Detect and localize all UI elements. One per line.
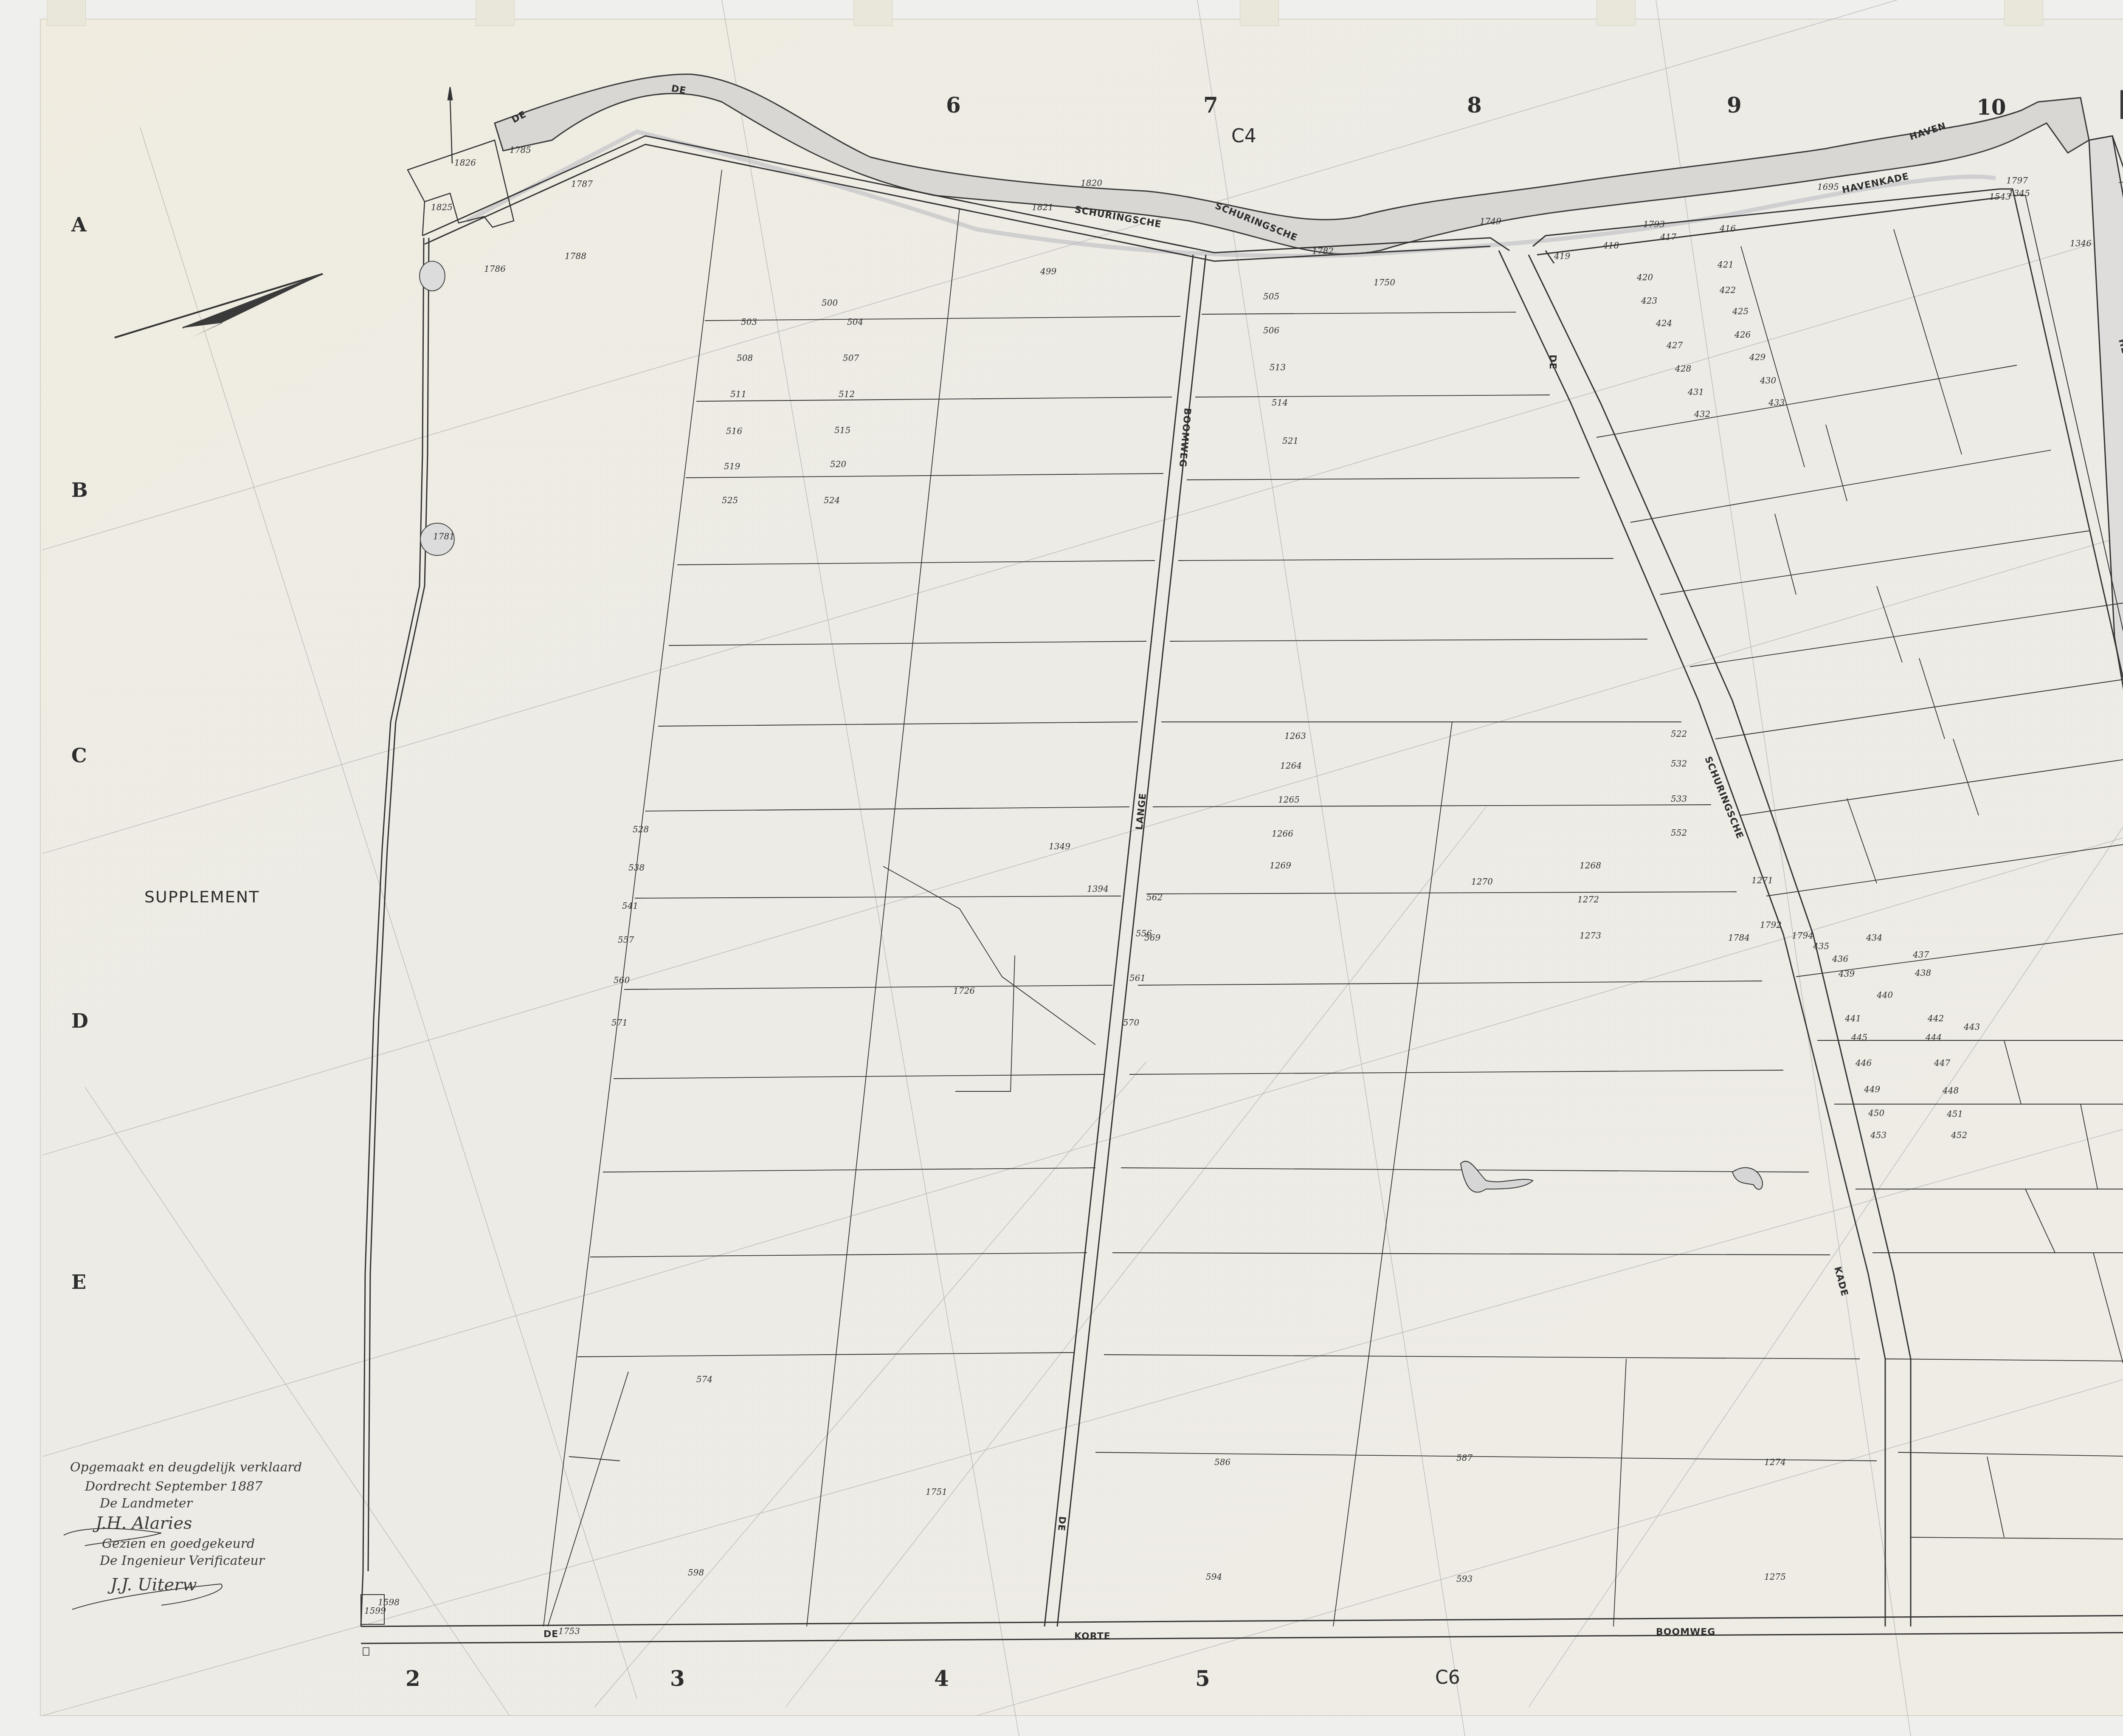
street-label: BOOMWEG [1656, 1627, 1715, 1637]
parcel-number: 1787 [571, 179, 593, 189]
grid-row-B: B [71, 479, 88, 502]
parcel-number: 450 [1868, 1108, 1884, 1118]
parcel-number: 586 [1214, 1457, 1230, 1467]
parcel-number: 446 [1855, 1058, 1872, 1068]
map-drawing: 6 7 8 9 10 2 3 4 5 A B C D E F G H I C4 … [0, 0, 2123, 1736]
parcel-number: 570 [1123, 1017, 1139, 1028]
surveyor-title: De Landmeter [99, 1496, 193, 1511]
parcel-number: 452 [1951, 1130, 1967, 1140]
parcel-number: 451 [1946, 1109, 1963, 1119]
parcel-number: 422 [1719, 285, 1736, 295]
parcel-number: 522 [1671, 729, 1687, 739]
parcel-number: 1826 [454, 158, 476, 168]
parcel-number: 513 [1270, 362, 1286, 372]
parcel-number: 561 [1129, 973, 1146, 983]
parcel-number: 557 [618, 935, 634, 945]
parcel-number: 442 [1927, 1013, 1944, 1023]
parcel-number: 594 [1206, 1572, 1222, 1582]
supplement-label[interactable]: SUPPLEMENT [144, 888, 259, 906]
verifier-signature: J.J. Uiterw [107, 1575, 197, 1595]
parcel-number: 439 [1838, 969, 1855, 979]
parcel-number: 417 [1660, 232, 1676, 242]
grid-row-E: E [71, 1271, 86, 1294]
parcel-number: 432 [1694, 409, 1710, 419]
parcel-number: 429 [1749, 352, 1765, 362]
parcel-number: 435 [1813, 941, 1829, 951]
parcel-number: 1751 [926, 1487, 947, 1497]
parcel-number: 1821 [1032, 202, 1053, 212]
parcel-number: 504 [847, 317, 863, 327]
parcel-number: 552 [1671, 828, 1687, 838]
street-label: DE [1547, 355, 1558, 369]
parcel-number: 449 [1864, 1084, 1880, 1094]
parcel-number: 514 [1272, 397, 1288, 408]
parcel-number: 425 [1732, 306, 1749, 316]
grid-row-A: A [71, 213, 87, 236]
parcel-number: 1346 [2070, 238, 2092, 248]
parcel-number: 541 [622, 901, 638, 911]
parcel-number: 1394 [1087, 884, 1109, 894]
grid-col-2: 2 [405, 1666, 420, 1691]
grid-col-8: 8 [1467, 93, 1482, 118]
street-label: DE [1056, 1516, 1067, 1531]
parcel-number: 525 [722, 495, 738, 505]
parcel-number: 524 [824, 495, 840, 505]
grid-col-9: 9 [1727, 93, 1742, 118]
parcel-number: 571 [611, 1017, 628, 1028]
parcel-number: 1786 [484, 264, 506, 274]
hanging-tab [476, 0, 515, 26]
parcel-number: 505 [1263, 291, 1279, 302]
parcel-number: 520 [830, 459, 846, 469]
parcel-number: 1268 [1580, 860, 1601, 871]
parcel-number: 1794 [1792, 930, 1813, 941]
parcel-number: 500 [822, 298, 838, 308]
grid-col-6: 6 [946, 93, 961, 118]
parcel-number: 538 [628, 862, 645, 873]
parcel-number: 419 [1554, 251, 1570, 261]
parcel-number: 1782 [1312, 246, 1334, 256]
parcel-number: 440 [1876, 990, 1893, 1000]
parcel-number: 1274 [1764, 1457, 1786, 1467]
parcel-number: 427 [1666, 340, 1683, 350]
parcel-number: 1275 [1764, 1572, 1786, 1582]
parcel-number: 519 [724, 461, 740, 471]
parcel-number: 426 [1734, 330, 1751, 340]
parcel-number: 437 [1912, 950, 1929, 960]
parcel-number: 574 [696, 1374, 712, 1384]
grid-col-4: 4 [934, 1666, 949, 1691]
parcel-number: 1695 [1817, 182, 1839, 192]
map-title: NUMANSDORP C5 [2117, 83, 2123, 128]
parcel-number: 507 [843, 353, 859, 363]
parcel-number: 1785 [510, 145, 531, 155]
parcel-number: 1753 [558, 1626, 580, 1636]
parcel-number: 1792 [1760, 920, 1782, 930]
parcel-number: 428 [1675, 364, 1691, 374]
parcel-number: 1543 [1989, 192, 2011, 202]
parcel-number: 499 [1040, 266, 1056, 276]
verifier-title: De Ingenieur Verificateur [99, 1553, 265, 1568]
parcel-number: 447 [1934, 1058, 1950, 1068]
grid-col-7: 7 [1203, 93, 1218, 118]
parcel-number: 1269 [1270, 860, 1291, 871]
parcel-number: 424 [1656, 318, 1672, 328]
parcel-number: 515 [834, 425, 850, 435]
adjacent-sheet-north[interactable]: C4 [1231, 125, 1256, 147]
parcel-number: 532 [1671, 758, 1687, 769]
parcel-number: 1825 [431, 202, 453, 212]
parcel-number: 441 [1844, 1013, 1861, 1023]
hanging-tab [2004, 0, 2043, 26]
parcel-number: 1797 [2006, 175, 2028, 186]
parcel-number: 1793 [1643, 219, 1665, 229]
parcel-number: 1598 [378, 1597, 400, 1607]
parcel-number: 434 [1866, 933, 1882, 943]
parcel-number: 1788 [565, 251, 586, 261]
parcel-number: 1263 [1284, 731, 1306, 741]
parcel-number: 436 [1832, 954, 1848, 964]
parcel-number: 569 [1144, 933, 1160, 943]
parcel-number: 560 [614, 975, 630, 985]
pond [420, 261, 445, 291]
hanging-tab [853, 0, 893, 26]
hanging-tab [1240, 0, 1279, 26]
grid-col-10: 10 [1977, 95, 2006, 120]
parcel-number: 503 [741, 317, 757, 327]
parcel-number: 1264 [1280, 761, 1302, 771]
parcel-number: 423 [1641, 296, 1657, 306]
parcel-number: 1271 [1751, 875, 1773, 885]
parcel-number: 516 [726, 426, 742, 436]
parcel-number: 1273 [1580, 930, 1601, 941]
parcel-number: 438 [1915, 968, 1931, 978]
parcel-number: 1266 [1272, 829, 1293, 839]
street-label: DE [543, 1629, 558, 1640]
parcel-number: 1820 [1081, 178, 1102, 188]
parcel-number: 562 [1146, 892, 1163, 902]
parcel-number: 528 [633, 824, 649, 834]
street-label: KORTE [1074, 1631, 1111, 1642]
parcel-number: 506 [1263, 325, 1279, 335]
parcel-number: 508 [737, 353, 753, 363]
parcel-number: 443 [1963, 1022, 1980, 1032]
parcel-number: 1272 [1577, 894, 1599, 905]
cadastral-map-sheet: 6 7 8 9 10 2 3 4 5 A B C D E F G H I C4 … [0, 0, 2123, 1736]
parcel-number: 445 [1851, 1032, 1867, 1043]
parcel-number: 416 [1719, 223, 1736, 234]
parcel-number: 511 [730, 389, 746, 399]
certification-text: Opgemaakt en deugdelijk verklaard [70, 1460, 302, 1475]
parcel-number: 1349 [1049, 841, 1070, 851]
parcel-number: 431 [1687, 387, 1704, 397]
parcel-number: 521 [1282, 436, 1298, 446]
paper-sheet [40, 19, 2123, 1716]
parcel-number: 1345 [2008, 188, 2030, 198]
grid-col-3: 3 [670, 1666, 685, 1691]
parcel-number: 587 [1456, 1453, 1473, 1463]
parcel-number: 1270 [1471, 876, 1493, 887]
parcel-number: 448 [1942, 1085, 1959, 1096]
parcel-number: 1750 [1374, 277, 1395, 287]
parcel-number: 598 [688, 1567, 704, 1578]
hanging-tab [47, 0, 86, 26]
parcel-number: 512 [839, 389, 855, 399]
parcel-number: 420 [1636, 272, 1653, 282]
parcel-number: 593 [1456, 1574, 1473, 1584]
parcel-number: 1781 [433, 531, 455, 541]
parcel-number: 444 [1925, 1032, 1942, 1043]
adjacent-sheet-south[interactable]: C6 [1435, 1667, 1460, 1688]
certification-date: Dordrecht September 1887 [84, 1479, 263, 1494]
approval-text: Gezien en goedgekeurd [102, 1536, 255, 1551]
parcel-number: 1265 [1278, 795, 1300, 805]
grid-col-5: 5 [1195, 1666, 1210, 1691]
grid-row-C: C [71, 744, 87, 767]
parcel-number: 533 [1671, 794, 1687, 804]
parcel-number: 1749 [1480, 216, 1501, 226]
hanging-tab [1596, 0, 1636, 26]
parcel-number: 430 [1760, 375, 1776, 386]
parcel-number: 418 [1602, 240, 1619, 251]
parcel-number: 453 [1870, 1130, 1886, 1140]
parcel-number: 1784 [1728, 933, 1750, 943]
parcel-number: 421 [1717, 259, 1734, 270]
grid-row-D: D [71, 1009, 88, 1032]
parcel-number: 433 [1768, 397, 1785, 408]
parcel-number: 1726 [953, 986, 975, 996]
